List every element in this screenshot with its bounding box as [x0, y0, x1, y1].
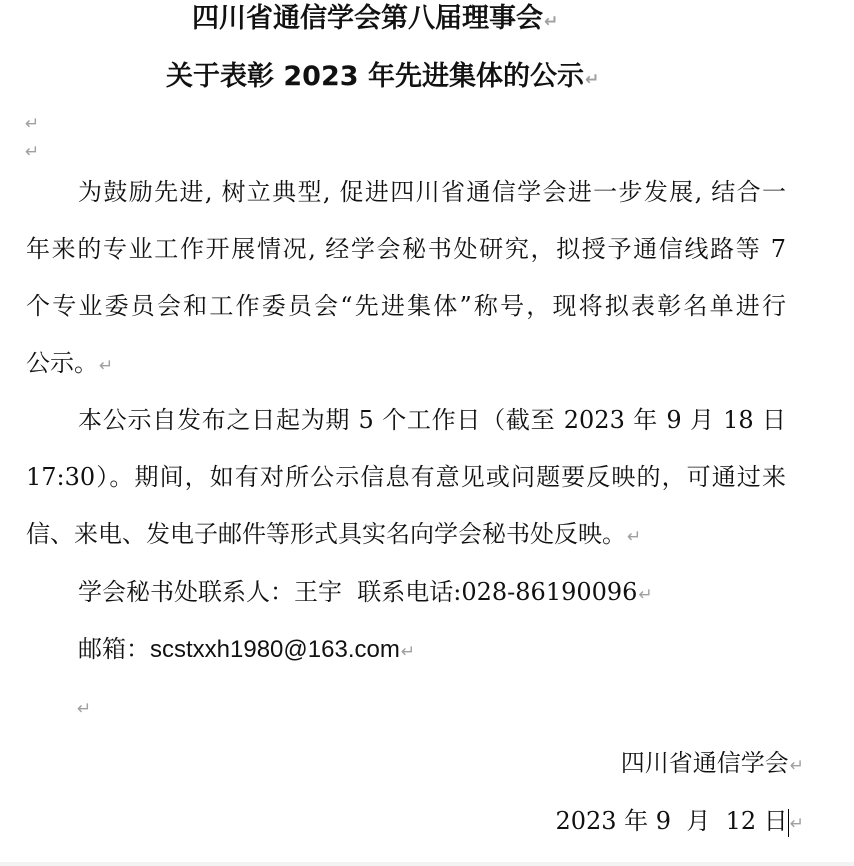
body-line: 年来的专业工作开展情况, 经学会秘书处研究，拟授予通信线路等 7 — [26, 234, 786, 264]
paragraph-mark-icon: ↵ — [25, 142, 39, 162]
paragraph-mark-icon: ↵ — [627, 527, 641, 547]
document-page[interactable]: 四川省通信学会第八届理事会↵ 关于表彰 2023 年先进集体的公示↵ ↵ ↵ 为… — [0, 0, 854, 862]
body-line: 为鼓励先进, 树立典型, 促进四川省通信学会进一步发展, 结合一 — [78, 177, 786, 207]
paragraph-mark-icon: ↵ — [790, 814, 804, 834]
contact-label: 学会秘书处联系人： — [78, 578, 294, 606]
paragraph-mark-icon: ↵ — [544, 12, 558, 32]
text-cursor — [788, 809, 789, 837]
paragraph-mark-icon: ↵ — [401, 642, 415, 662]
date-text: 2023 年 9 月 12 日 — [555, 807, 787, 835]
body-line: 17:30）。期间，如有对所公示信息有意见或问题要反映的，可通过来 — [26, 462, 786, 492]
subtitle-text: 关于表彰 2023 年先进集体的公示 — [166, 61, 584, 92]
title-text: 四川省通信学会第八届理事会 — [192, 3, 543, 34]
phone-number: 028-86190096 — [461, 578, 637, 606]
body-text: 信、来电、发电子邮件等形式具实名向学会秘书处反映。 — [26, 520, 626, 548]
title-line-2: 关于表彰 2023 年先进集体的公示↵ — [166, 62, 599, 95]
email-label: 邮箱： — [78, 635, 150, 663]
contact-name: 王宇 — [294, 578, 342, 606]
empty-paragraph: ↵ — [24, 134, 39, 167]
paragraph-mark-icon: ↵ — [585, 70, 599, 90]
phone-label: 联系电话: — [357, 578, 461, 606]
organization-text: 四川省通信学会 — [621, 749, 789, 777]
body-line: 本公示自发布之日起为期 5 个工作日（截至 2023 年 9 月 18 日 — [78, 405, 786, 435]
body-line: 公示。↵ — [26, 348, 113, 381]
empty-paragraph: ↵ — [76, 691, 91, 724]
paragraph-mark-icon: ↵ — [638, 585, 652, 605]
body-line: 信、来电、发电子邮件等形式具实名向学会秘书处反映。↵ — [26, 519, 641, 552]
body-text: 公示。 — [26, 349, 98, 377]
page-bottom-edge — [0, 862, 854, 866]
email-address: scstxxh1980@163.com — [150, 636, 400, 663]
paragraph-mark-icon: ↵ — [99, 356, 113, 376]
signature-date: 2023 年 9 月 12 日↵ — [555, 806, 804, 839]
paragraph-mark-icon: ↵ — [25, 114, 39, 134]
body-line: 个专业委员会和工作委员会“先进集体”称号，现将拟表彰名单进行 — [26, 291, 786, 321]
contact-line: 学会秘书处联系人：王宇 联系电话:028-86190096↵ — [78, 577, 653, 610]
email-line: 邮箱：scstxxh1980@163.com↵ — [78, 634, 415, 667]
title-line-1: 四川省通信学会第八届理事会↵ — [192, 4, 558, 37]
paragraph-mark-icon: ↵ — [790, 756, 804, 776]
paragraph-mark-icon: ↵ — [77, 699, 91, 719]
signature-organization: 四川省通信学会↵ — [621, 748, 804, 781]
